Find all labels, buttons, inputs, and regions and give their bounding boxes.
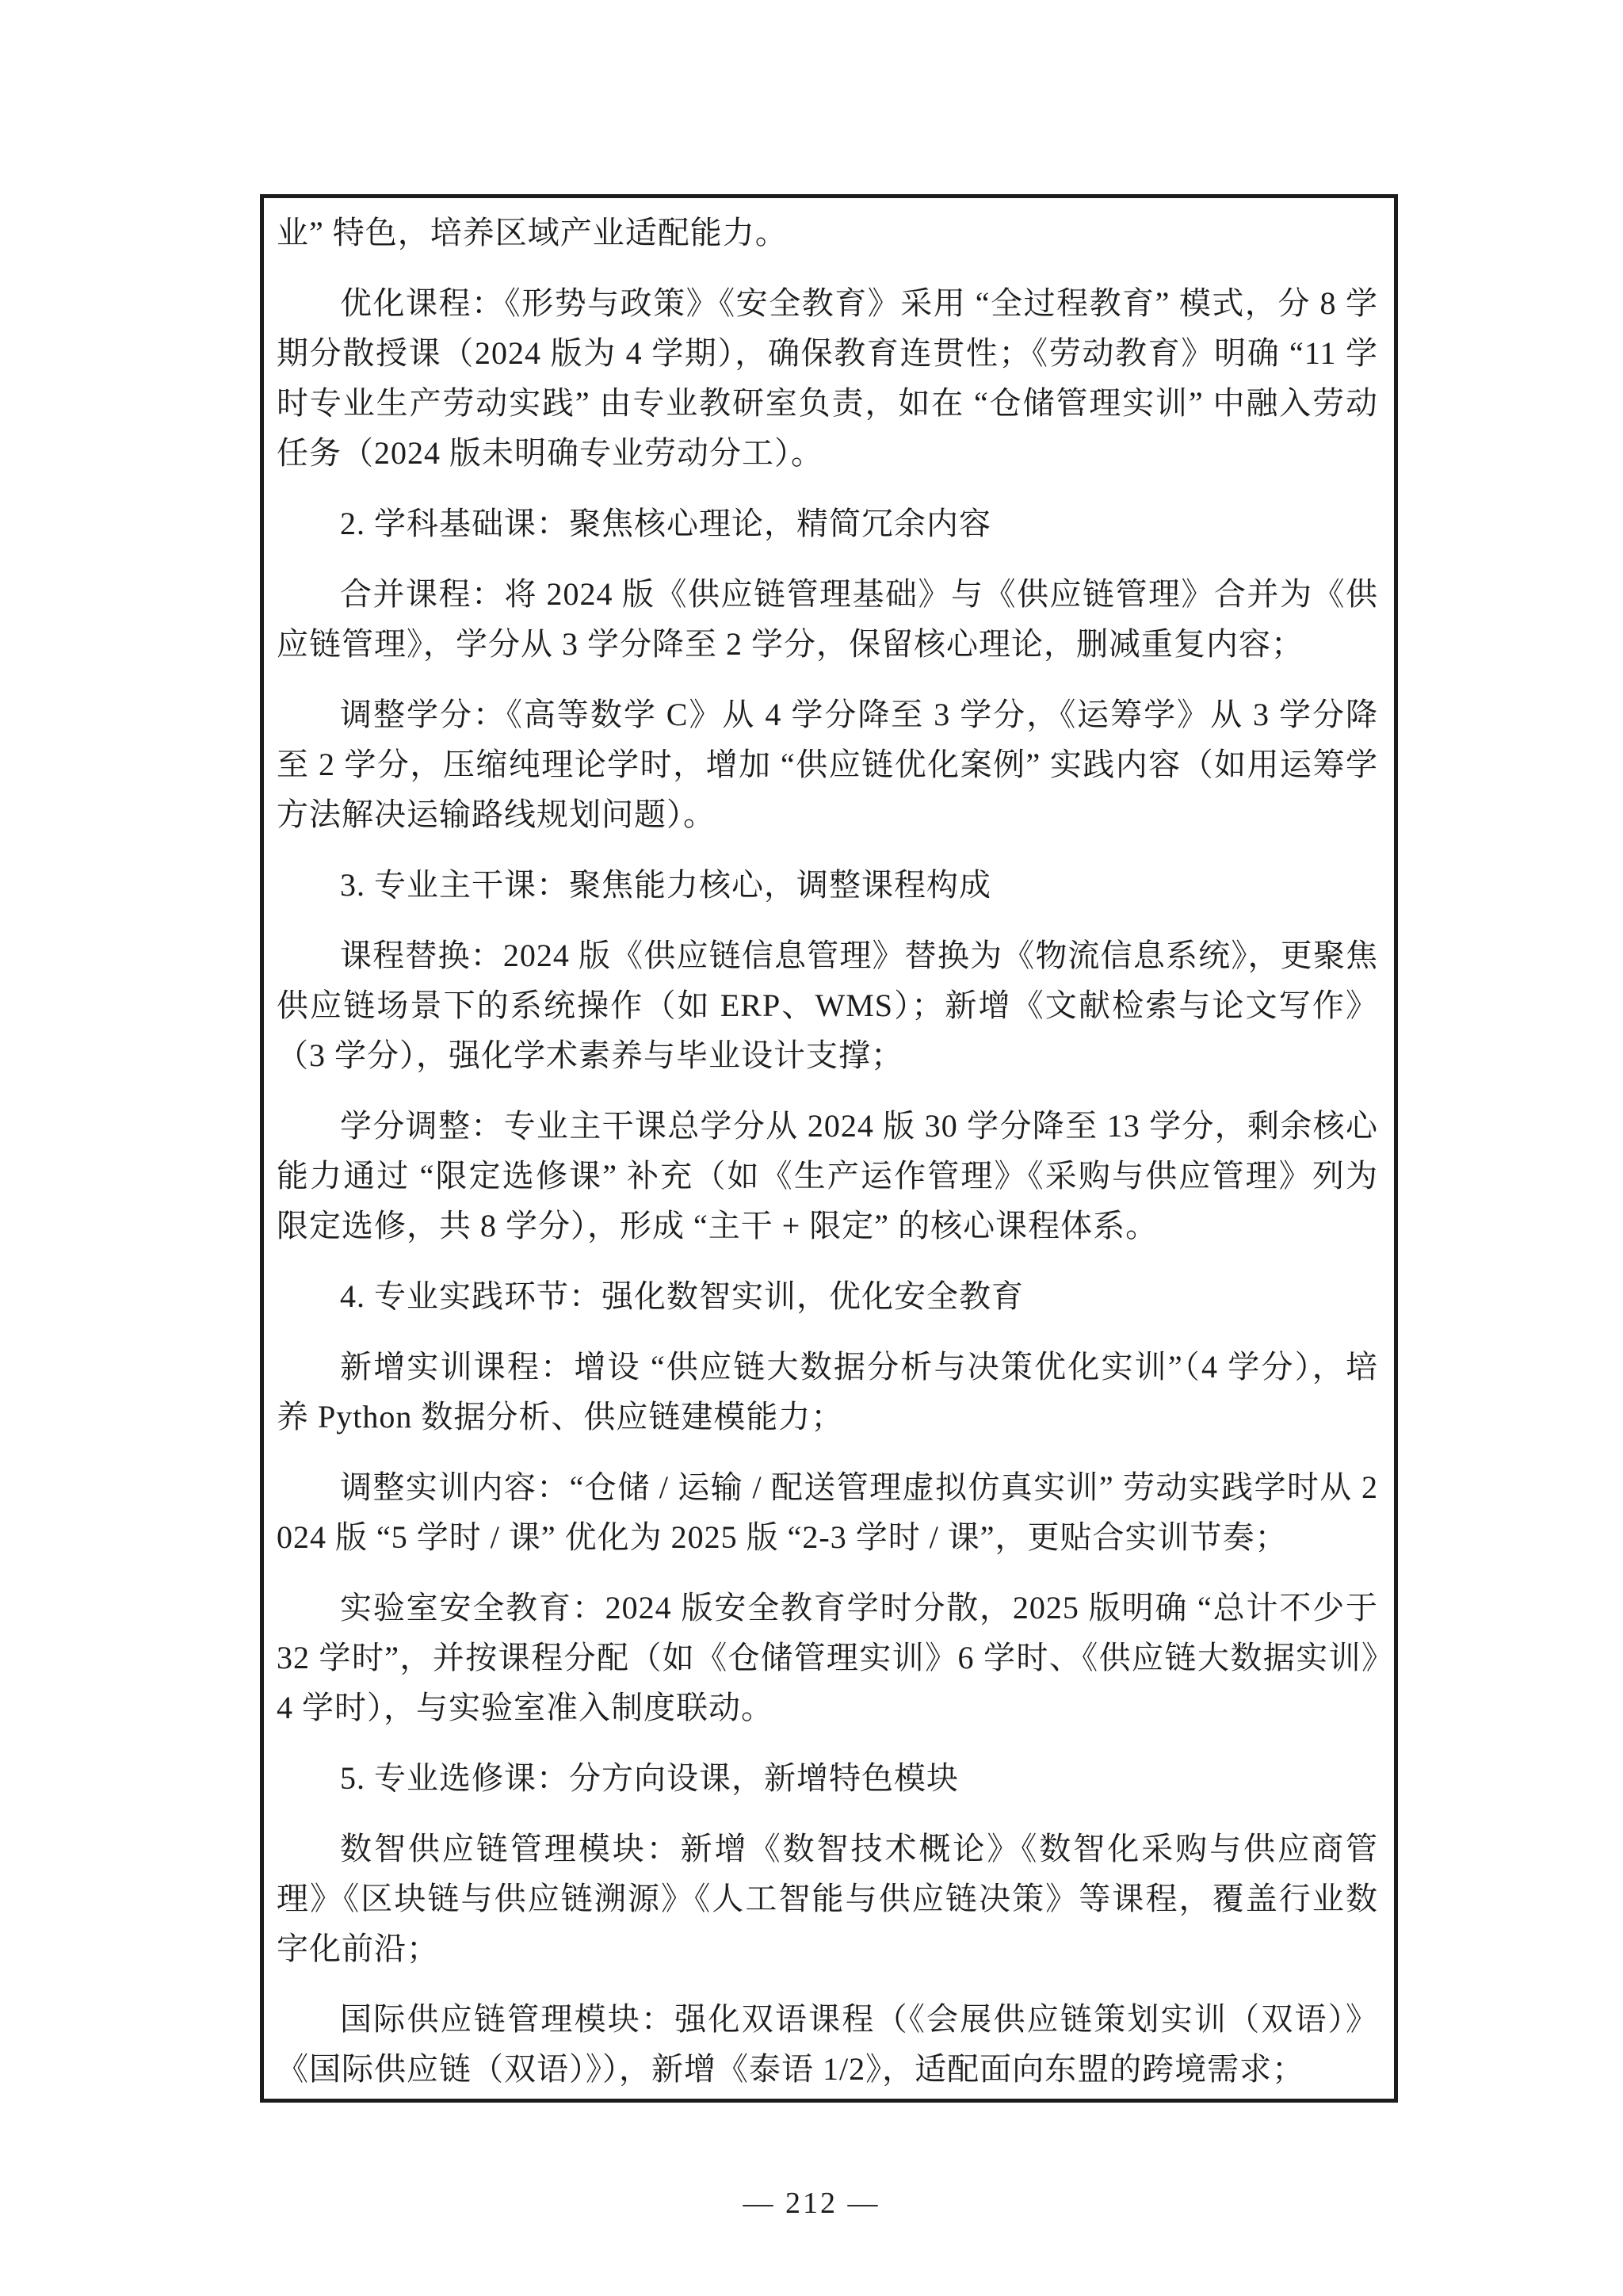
paragraph-lab-safety-education: 实验室安全教育：2024 版安全教育学时分散，2025 版明确 “总计不少于 3… <box>277 1583 1378 1733</box>
paragraph-course-replacement: 课程替换：2024 版《供应链信息管理》替换为《物流信息系统》，更聚焦供应链场景… <box>277 930 1378 1080</box>
paragraph-digital-scm-module: 数智供应链管理模块：新增《数智技术概论》《数智化采购与供应商管理》《区块链与供应… <box>277 1824 1378 1973</box>
content-border-box: 业” 特色，培养区域产业适配能力。 优化课程：《形势与政策》《安全教育》采用 “… <box>260 194 1398 2103</box>
paragraph-continuation: 业” 特色，培养区域产业适配能力。 <box>277 208 1378 258</box>
heading-section-5-electives: 5. 专业选修课：分方向设课，新增特色模块 <box>277 1753 1378 1803</box>
page-number: — 212 — <box>0 2186 1623 2221</box>
paragraph-course-optimization: 优化课程：《形势与政策》《安全教育》采用 “全过程教育” 模式，分 8 学期分散… <box>277 278 1378 478</box>
heading-section-3-core-courses: 3. 专业主干课：聚焦能力核心，调整课程构成 <box>277 860 1378 910</box>
paragraph-new-training-course: 新增实训课程：增设 “供应链大数据分析与决策优化实训”（4 学分），培养 Pyt… <box>277 1342 1378 1442</box>
document-page: 业” 特色，培养区域产业适配能力。 优化课程：《形势与政策》《安全教育》采用 “… <box>0 0 1623 2296</box>
paragraph-training-content-adjust: 调整实训内容：“仓储 / 运输 / 配送管理虚拟仿真实训” 劳动实践学时从 20… <box>277 1462 1378 1562</box>
paragraph-core-credit-change: 学分调整：专业主干课总学分从 2024 版 30 学分降至 13 学分，剩余核心… <box>277 1101 1378 1251</box>
heading-section-4-practice: 4. 专业实践环节：强化数智实训，优化安全教育 <box>277 1271 1378 1321</box>
paragraph-international-scm-module: 国际供应链管理模块：强化双语课程（《会展供应链策划实训（双语）》《国际供应链（双… <box>277 1994 1378 2094</box>
paragraph-merge-courses: 合并课程：将 2024 版《供应链管理基础》与《供应链管理》合并为《供应链管理》… <box>277 569 1378 669</box>
heading-section-2-basic-courses: 2. 学科基础课：聚焦核心理论，精简冗余内容 <box>277 499 1378 548</box>
paragraph-credit-adjustment: 调整学分：《高等数学 C》从 4 学分降至 3 学分，《运筹学》从 3 学分降至… <box>277 690 1378 839</box>
